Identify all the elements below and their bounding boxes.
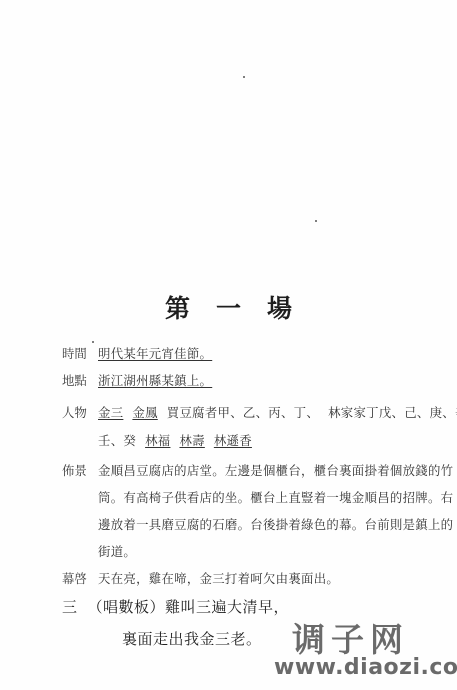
setting-line-4: 街道。 (98, 544, 136, 560)
scene-title-char-2: 一 (216, 289, 241, 325)
time-text: 明代某年元宵佳節。 (98, 346, 212, 362)
setting-line-2: 筒。有高椅子供看店的坐。櫃台上直豎着一塊金順昌的招牌。右 (98, 490, 453, 506)
scene-title: 第一場 (0, 289, 457, 325)
character-lin-xunxiang: 林遜香 (214, 433, 252, 448)
setting-label: 佈景 (62, 463, 98, 479)
scene-title-char-3: 場 (267, 289, 292, 325)
curtain-text: 天在亮，雞在啼，金三打着呵欠由裏面出。 (98, 571, 339, 587)
character-jin-san: 金三 (98, 405, 123, 420)
watermark-url: www.diaozi.com (274, 655, 457, 680)
curtain-row: 幕啓天在亮，雞在啼，金三打着呵欠由裏面出。 (62, 571, 339, 587)
setting-row: 佈景金順昌豆腐店的店堂。左邊是個櫃台，櫃台裏面掛着個放錢的竹 (62, 463, 453, 479)
song-speaker: 三 (62, 598, 78, 616)
scan-speck (331, 413, 333, 415)
character-tofu-buyers: 買豆腐者甲、乙、丙、丁、 (167, 405, 319, 420)
scan-speck (92, 341, 94, 343)
song-line-1: 三（唱數板）雞叫三遍大清早， (62, 598, 289, 616)
setting-line-1: 金順昌豆腐店的店堂。左邊是個櫃台，櫃台裏面掛着個放錢的竹 (98, 463, 453, 479)
song-lyric-2: 裏面走出我金三老。 (122, 630, 262, 648)
characters-line-2: 壬、癸林福林壽林遜香 (98, 433, 252, 449)
scan-speck (315, 220, 317, 222)
character-jin-feng: 金鳳 (132, 405, 157, 420)
scan-speck (243, 76, 245, 78)
character-lin-servants: 林家家丁戊、己、庚、辛、 (328, 405, 457, 420)
characters-row: 人物金三金鳳買豆腐者甲、乙、丙、丁、林家家丁戊、己、庚、辛、 (62, 405, 457, 421)
place-row: 地點浙江湖州縣某鎮上。 (62, 373, 212, 389)
place-text: 浙江湖州縣某鎮上。 (98, 373, 212, 389)
song-lyric-1: 雞叫三遍大清早， (165, 598, 289, 616)
character-lin-fu: 林福 (145, 433, 170, 448)
curtain-label: 幕啓 (62, 571, 98, 587)
character-lin-shou: 林壽 (179, 433, 204, 448)
characters-line-1: 金三金鳳買豆腐者甲、乙、丙、丁、林家家丁戊、己、庚、辛、 (98, 405, 457, 421)
time-row: 時間明代某年元宵佳節。 (62, 346, 212, 362)
character-ren-gui: 壬、癸 (98, 433, 136, 448)
watermark-site-name: 调子网 (292, 614, 409, 661)
characters-label: 人物 (62, 405, 98, 421)
setting-line-3: 邊放着一具磨豆腐的石磨。台後掛着綠色的幕。台前則是鎮上的 (98, 517, 453, 533)
place-label: 地點 (62, 373, 98, 389)
scene-title-char-1: 第 (165, 289, 190, 325)
scanned-page: 第一場 時間明代某年元宵佳節。 地點浙江湖州縣某鎮上。 人物金三金鳳買豆腐者甲、… (0, 0, 457, 690)
time-label: 時間 (62, 346, 98, 362)
song-line-2: 裏面走出我金三老。 (122, 630, 262, 648)
song-tune: （唱數板） (88, 598, 166, 616)
